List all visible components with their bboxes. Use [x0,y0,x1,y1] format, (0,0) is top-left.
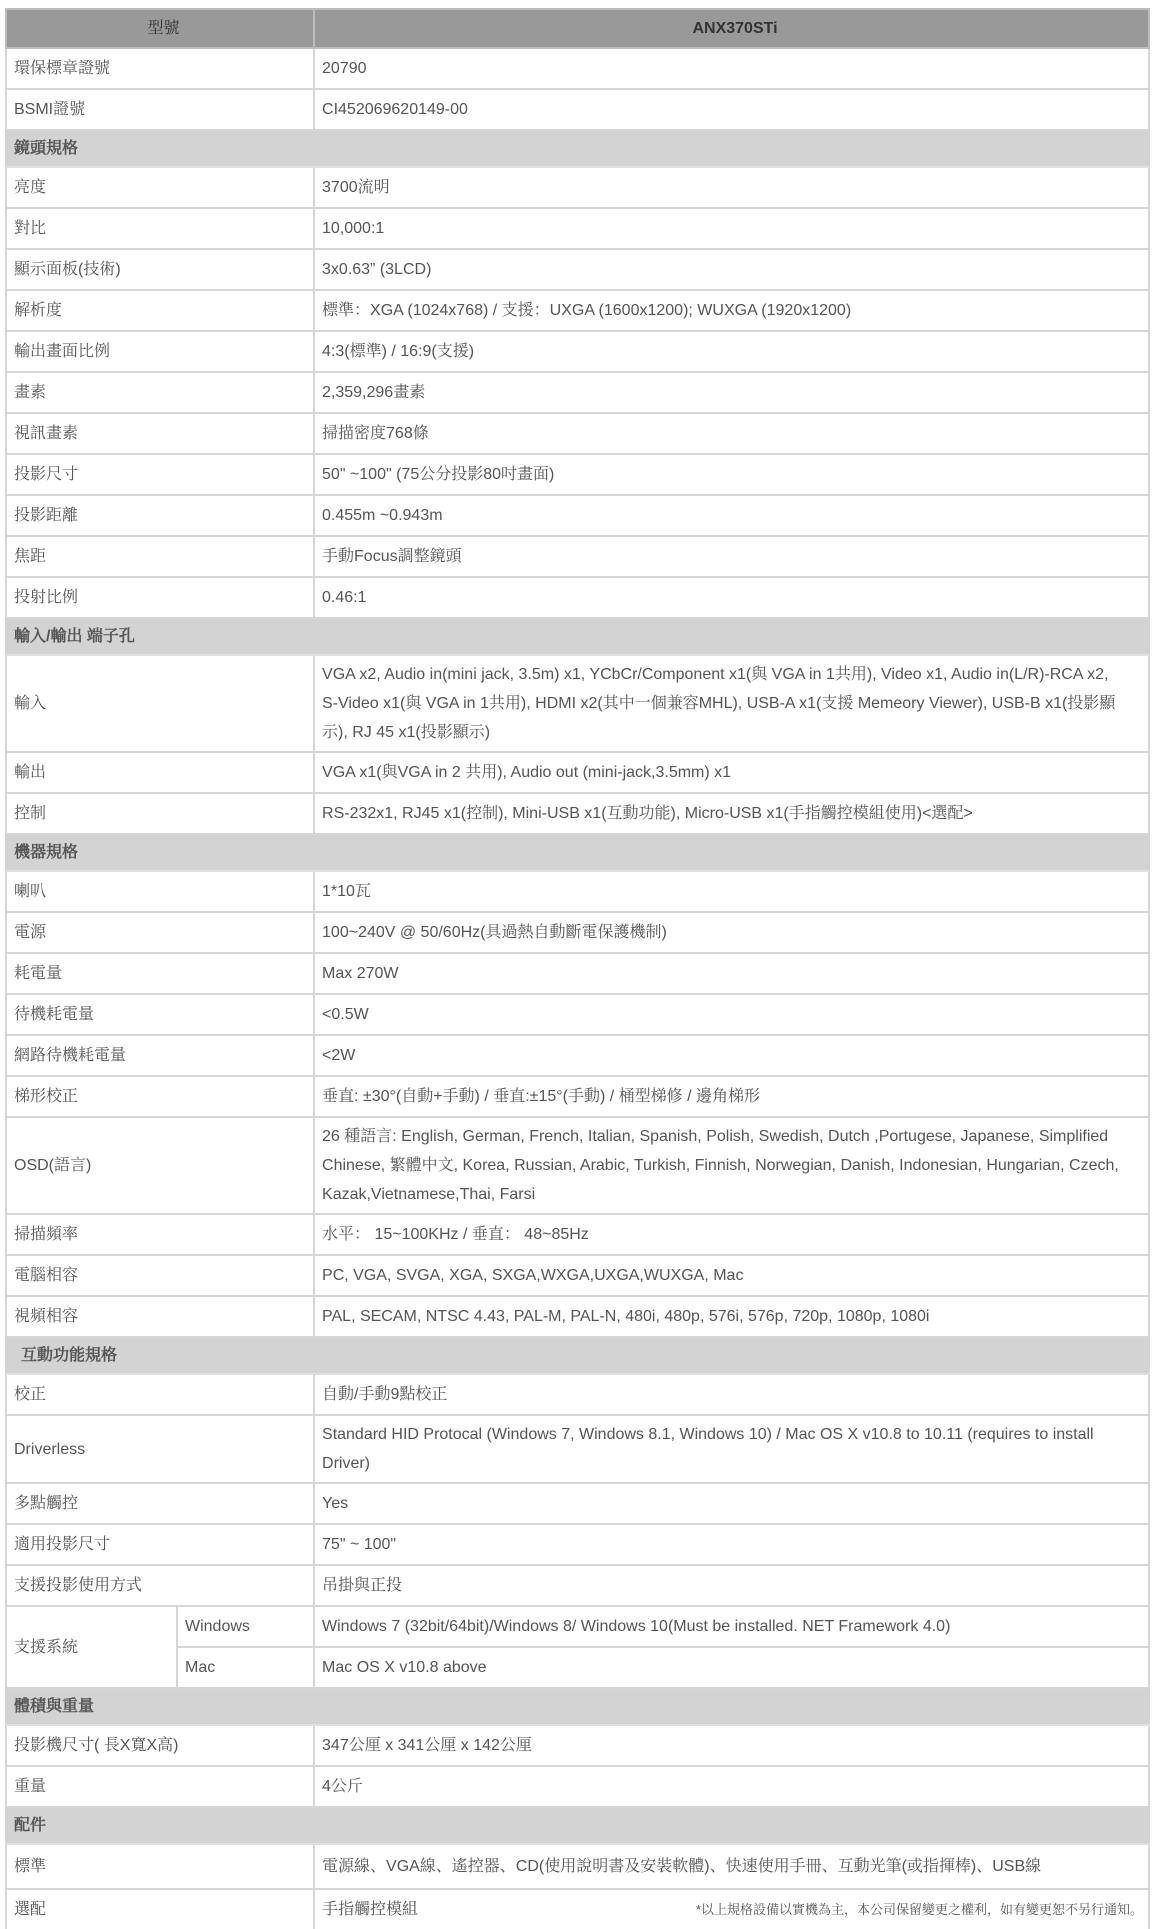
row-value: 3700流明 [314,167,1149,208]
section-row-dimensions: 體積與重量 [6,1688,1149,1725]
table-row: 喇叭1*10瓦 [6,871,1149,912]
row-value: <0.5W [314,994,1149,1035]
table-row: DriverlessStandard HID Protocal (Windows… [6,1415,1149,1483]
row-value: 電源線、VGA線、遙控器、CD(使用說明書及安裝軟體)、快速使用手冊、互動光筆(… [314,1844,1149,1889]
row-value: CI452069620149-00 [314,89,1149,130]
row-value: 標準：XGA (1024x768) / 支援：UXGA (1600x1200);… [314,290,1149,331]
section-empty [314,130,1149,167]
table-row-system-mac: Mac Mac OS X v10.8 above [6,1647,1149,1688]
row-value: Standard HID Protocal (Windows 7, Window… [314,1415,1149,1483]
row-value: 4公斤 [314,1766,1149,1807]
table-row: 投射比例0.46:1 [6,577,1149,618]
row-label: 支援系統 [6,1606,177,1688]
row-label: 控制 [6,793,314,834]
section-title: 互動功能規格 [6,1337,314,1374]
table-row: 顯示面板(技術)3x0.63” (3LCD) [6,249,1149,290]
row-value: Mac OS X v10.8 above [314,1647,1149,1688]
section-row-accessories: 配件 [6,1807,1149,1844]
table-row: 電腦相容PC, VGA, SVGA, XGA, SXGA,WXGA,UXGA,W… [6,1255,1149,1296]
row-label: 對比 [6,208,314,249]
table-row: 耗電量Max 270W [6,953,1149,994]
row-label: 標準 [6,1844,314,1889]
section-row-machine: 機器規格 [6,834,1149,871]
row-value: Windows 7 (32bit/64bit)/Windows 8/ Windo… [314,1606,1149,1647]
row-label: 視訊畫素 [6,413,314,454]
table-row: 校正自動/手動9點校正 [6,1374,1149,1415]
row-value: 垂直: ±30°(自動+手動) / 垂直:±15°(手動) / 桶型梯修 / 邊… [314,1076,1149,1117]
row-label: 投影尺寸 [6,454,314,495]
row-value: Yes [314,1483,1149,1524]
disclaimer-footnote: *以上規格設備以實機為主，本公司保留變更之權利，如有變更恕不另行通知。 [696,1901,1143,1919]
table-row: 視訊畫素掃描密度768條 [6,413,1149,454]
table-row: 標準電源線、VGA線、遙控器、CD(使用說明書及安裝軟體)、快速使用手冊、互動光… [6,1844,1149,1889]
table-row-system-windows: 支援系統 Windows Windows 7 (32bit/64bit)/Win… [6,1606,1149,1647]
row-label: 解析度 [6,290,314,331]
row-value: 0.46:1 [314,577,1149,618]
row-label: 重量 [6,1766,314,1807]
row-label: 顯示面板(技術) [6,249,314,290]
table-row: 焦距手動Focus調整鏡頭 [6,536,1149,577]
table-row: 對比10,000:1 [6,208,1149,249]
section-row-interactive: 互動功能規格 [6,1337,1149,1374]
table-row: 適用投影尺寸75" ~ 100" [6,1524,1149,1565]
row-label: 輸出畫面比例 [6,331,314,372]
spec-table: 型號 ANX370STi 環保標章證號 20790 BSMI證號 CI45206… [5,8,1150,1929]
table-header-row: 型號 ANX370STi [6,9,1149,48]
table-row: 投影機尺寸( 長X寬X高)347公厘 x 341公厘 x 142公厘 [6,1725,1149,1766]
row-value: 2,359,296畫素 [314,372,1149,413]
row-value: 掃描密度768條 [314,413,1149,454]
table-row: 電源100~240V @ 50/60Hz(具過熱自動斷電保護機制) [6,912,1149,953]
table-row: 支援投影使用方式吊掛與正投 [6,1565,1149,1606]
table-row: 環保標章證號 20790 [6,48,1149,89]
table-row: 控制RS-232x1, RJ45 x1(控制), Mini-USB x1(互動功… [6,793,1149,834]
row-value: 3x0.63” (3LCD) [314,249,1149,290]
section-title: 鏡頭規格 [6,130,314,167]
sub-label-windows: Windows [177,1606,314,1647]
row-value: 20790 [314,48,1149,89]
section-empty [314,618,1149,655]
row-value: RS-232x1, RJ45 x1(控制), Mini-USB x1(互動功能)… [314,793,1149,834]
row-value: 4:3(標準) / 16:9(支援) [314,331,1149,372]
row-label: 網路待機耗電量 [6,1035,314,1076]
row-value: <2W [314,1035,1149,1076]
row-label: 喇叭 [6,871,314,912]
row-value: PAL, SECAM, NTSC 4.43, PAL-M, PAL-N, 480… [314,1296,1149,1337]
row-label: 多點觸控 [6,1483,314,1524]
table-row: 網路待機耗電量<2W [6,1035,1149,1076]
table-row: 投影尺寸50" ~100" (75公分投影80吋畫面) [6,454,1149,495]
section-row-io: 輸入/輸出 端子孔 [6,618,1149,655]
model-label: 型號 [6,9,314,48]
model-value: ANX370STi [314,9,1149,48]
row-label: 亮度 [6,167,314,208]
row-value: VGA x1(與VGA in 2 共用), Audio out (mini-ja… [314,752,1149,793]
section-empty [314,834,1149,871]
table-row: 多點觸控Yes [6,1483,1149,1524]
section-title: 輸入/輸出 端子孔 [6,618,314,655]
row-label: 環保標章證號 [6,48,314,89]
row-value: 水平： 15~100KHz / 垂直： 48~85Hz [314,1214,1149,1255]
row-label: 待機耗電量 [6,994,314,1035]
section-empty [314,1337,1149,1374]
row-label: 耗電量 [6,953,314,994]
row-label: 掃描頻率 [6,1214,314,1255]
row-label: 投影機尺寸( 長X寬X高) [6,1725,314,1766]
row-value: 0.455m ~0.943m [314,495,1149,536]
row-value: 手動Focus調整鏡頭 [314,536,1149,577]
table-row: 輸出畫面比例4:3(標準) / 16:9(支援) [6,331,1149,372]
row-label: 焦距 [6,536,314,577]
row-value: PC, VGA, SVGA, XGA, SXGA,WXGA,UXGA,WUXGA… [314,1255,1149,1296]
section-title: 機器規格 [6,834,314,871]
table-row: 解析度標準：XGA (1024x768) / 支援：UXGA (1600x120… [6,290,1149,331]
table-row: 梯形校正垂直: ±30°(自動+手動) / 垂直:±15°(手動) / 桶型梯修… [6,1076,1149,1117]
row-value: 347公厘 x 341公厘 x 142公厘 [314,1725,1149,1766]
row-label: 投射比例 [6,577,314,618]
row-value: 自動/手動9點校正 [314,1374,1149,1415]
table-row: 掃描頻率水平： 15~100KHz / 垂直： 48~85Hz [6,1214,1149,1255]
table-row: 亮度3700流明 [6,167,1149,208]
row-label: 適用投影尺寸 [6,1524,314,1565]
row-label: 校正 [6,1374,314,1415]
section-empty [314,1688,1149,1725]
row-label: 輸出 [6,752,314,793]
row-value: 26 種語言: English, German, French, Italian… [314,1117,1149,1214]
row-value: VGA x2, Audio in(mini jack, 3.5m) x1, YC… [314,655,1149,752]
table-row: 輸出VGA x1(與VGA in 2 共用), Audio out (mini-… [6,752,1149,793]
table-row: OSD(語言)26 種語言: English, German, French, … [6,1117,1149,1214]
table-row: 畫素2,359,296畫素 [6,372,1149,413]
table-row: 待機耗電量<0.5W [6,994,1149,1035]
row-label: Driverless [6,1415,314,1483]
row-value: 75" ~ 100" [314,1524,1149,1565]
row-label: OSD(語言) [6,1117,314,1214]
row-value: 100~240V @ 50/60Hz(具過熱自動斷電保護機制) [314,912,1149,953]
table-row: 投影距離0.455m ~0.943m [6,495,1149,536]
table-row: 重量4公斤 [6,1766,1149,1807]
row-label: 梯形校正 [6,1076,314,1117]
row-value: 10,000:1 [314,208,1149,249]
row-label: 視頻相容 [6,1296,314,1337]
row-label: 投影距離 [6,495,314,536]
row-value: 1*10瓦 [314,871,1149,912]
row-label: BSMI證號 [6,89,314,130]
row-label: 畫素 [6,372,314,413]
section-title: 體積與重量 [6,1688,314,1725]
row-value: 吊掛與正投 [314,1565,1149,1606]
table-row: BSMI證號 CI452069620149-00 [6,89,1149,130]
row-label: 電腦相容 [6,1255,314,1296]
row-value: Max 270W [314,953,1149,994]
table-row: 輸入VGA x2, Audio in(mini jack, 3.5m) x1, … [6,655,1149,752]
row-label: 電源 [6,912,314,953]
row-label: 輸入 [6,655,314,752]
row-value: 50" ~100" (75公分投影80吋畫面) [314,454,1149,495]
row-label: 選配 [6,1889,314,1929]
table-row: 視頻相容PAL, SECAM, NTSC 4.43, PAL-M, PAL-N,… [6,1296,1149,1337]
section-row-lens: 鏡頭規格 [6,130,1149,167]
section-title: 配件 [6,1807,314,1844]
section-empty [314,1807,1149,1844]
sub-label-mac: Mac [177,1647,314,1688]
row-label: 支援投影使用方式 [6,1565,314,1606]
